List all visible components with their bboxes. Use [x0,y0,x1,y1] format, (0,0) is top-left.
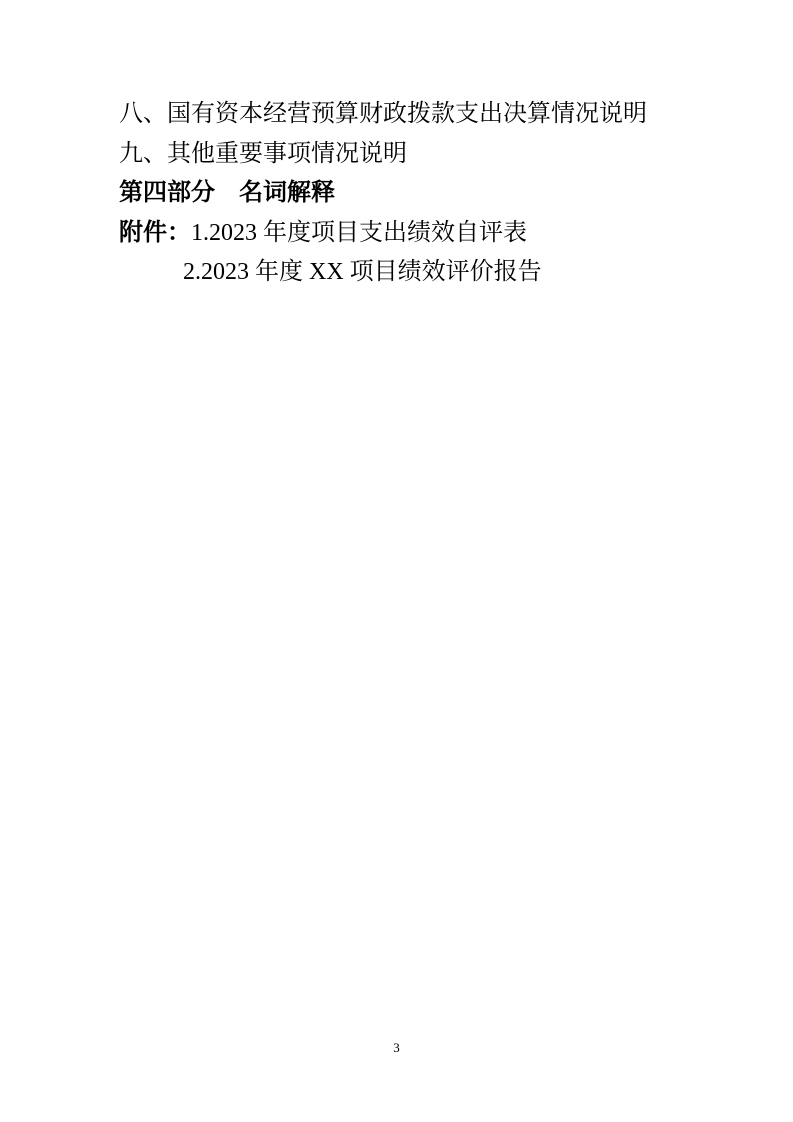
document-page: 八、国有资本经营预算财政拨款支出决算情况说明 九、其他重要事项情况说明 第四部分… [0,0,793,1122]
attachments-label: 附件： [119,220,191,246]
toc-attachments-line: 附件：1.2023 年度项目支出绩效自评表 [119,214,679,254]
toc-item-8: 八、国有资本经营预算财政拨款支出决算情况说明 [119,95,679,135]
attachment-item-2: 2.2023 年度 XX 项目绩效评价报告 [119,253,679,293]
toc-item-9: 九、其他重要事项情况说明 [119,135,679,175]
toc-content: 八、国有资本经营预算财政拨款支出决算情况说明 九、其他重要事项情况说明 第四部分… [119,95,679,293]
attachment-item-1: 1.2023 年度项目支出绩效自评表 [191,220,527,246]
page-number: 3 [0,1040,793,1056]
toc-part4-heading: 第四部分 名词解释 [119,174,679,214]
